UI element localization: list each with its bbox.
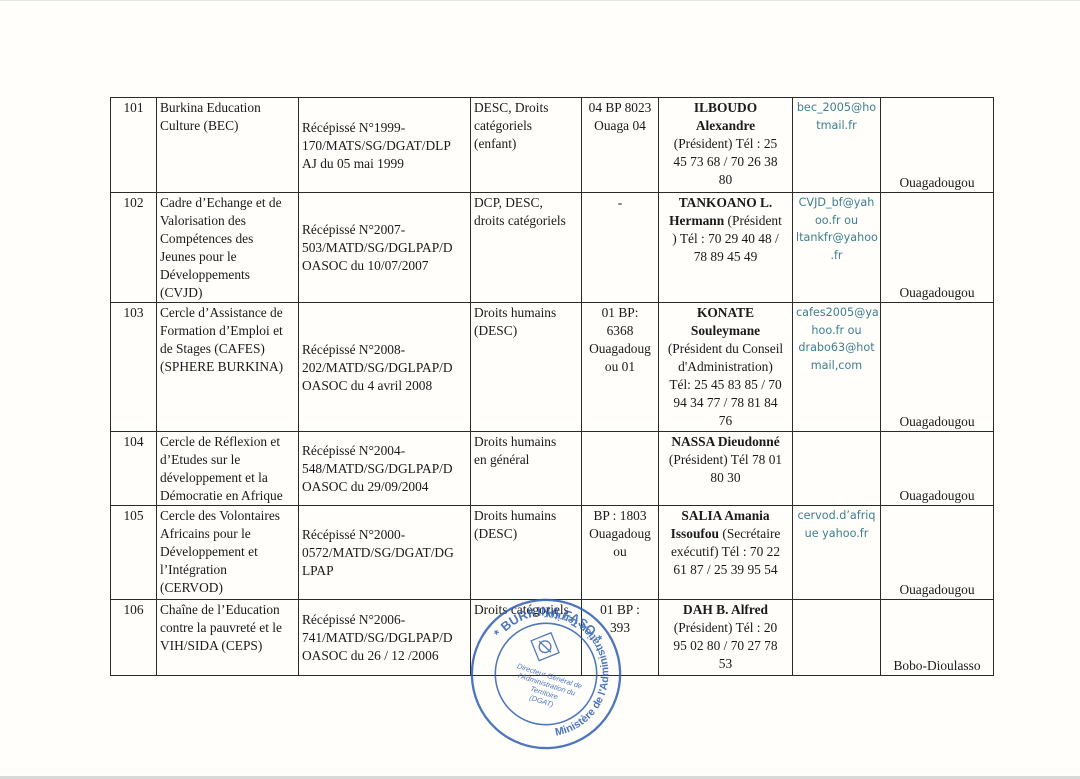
- contact-person: DAH B. Alfred: [683, 602, 768, 617]
- contact-cell: NASSA Dieudonné (Président) Tél 78 01 80…: [659, 432, 793, 506]
- contact-person: KONATE Souleymane: [691, 305, 760, 338]
- email-address: [793, 600, 881, 676]
- contact-cell: DAH B. Alfred (Président) Tél : 20 95 02…: [659, 600, 793, 676]
- official-stamp: Ministère de l'Administration Territoria…: [465, 593, 626, 754]
- association-registry-table: 101Burkina Education Culture (BEC)Récépi…: [110, 97, 994, 676]
- email-address[interactable]: bec_2005@ho tmail.fr: [793, 98, 881, 193]
- city: Bobo-Dioulasso: [881, 600, 994, 676]
- association-name: Cercle d’Assistance de Formation d’Emplo…: [157, 303, 299, 432]
- table-row: 103Cercle d’Assistance de Formation d’Em…: [111, 303, 994, 432]
- city: Ouagadougou: [881, 303, 994, 432]
- email-address: [793, 432, 881, 506]
- city: Ouagadougou: [881, 193, 994, 303]
- row-number: 103: [111, 303, 157, 432]
- row-number: 104: [111, 432, 157, 506]
- postal-address: [582, 432, 659, 506]
- intervention-domain: Droits humains en général: [471, 432, 582, 506]
- postal-address: BP : 1803 Ouagadoug ou: [582, 506, 659, 600]
- row-number: 101: [111, 98, 157, 193]
- email-address[interactable]: cervod.d’afriq ue yahoo.fr: [793, 506, 881, 600]
- contact-cell: SALIA Amania Issoufou (Secrétaire exécut…: [659, 506, 793, 600]
- contact-details: (Président) Tél 78 01 80 30: [669, 452, 782, 485]
- association-name: Cadre d’Echange et de Valorisation des C…: [157, 193, 299, 303]
- receipt-reference: Récépissé N°1999- 170/MATS/SG/DGAT/DLP A…: [299, 98, 471, 193]
- receipt-reference: Récépissé N°2000- 0572/MATD/SG/DGAT/DG L…: [299, 506, 471, 600]
- contact-person: NASSA Dieudonné: [671, 434, 779, 449]
- contact-cell: KONATE Souleymane (Président du Conseil …: [659, 303, 793, 432]
- intervention-domain: DESC, Droits catégoriels (enfant): [471, 98, 582, 193]
- table-row: 101Burkina Education Culture (BEC)Récépi…: [111, 98, 994, 193]
- city: Ouagadougou: [881, 506, 994, 600]
- city: Ouagadougou: [881, 432, 994, 506]
- receipt-reference: Récépissé N°2008- 202/MATD/SG/DGLPAP/D O…: [299, 303, 471, 432]
- coat-of-arms-icon: [531, 632, 559, 660]
- association-name: Cercle de Réflexion et d’Etudes sur le d…: [157, 432, 299, 506]
- contact-cell: TANKOANO L. Hermann (Président ) Tél : 7…: [659, 193, 793, 303]
- intervention-domain: Droits humains (DESC): [471, 303, 582, 432]
- table-row: 102Cadre d’Echange et de Valorisation de…: [111, 193, 994, 303]
- row-number: 102: [111, 193, 157, 303]
- row-number: 106: [111, 600, 157, 676]
- receipt-reference: Récépissé N°2007- 503/MATD/SG/DGLPAP/D O…: [299, 193, 471, 303]
- contact-details: (Président du Conseil d'Administration) …: [668, 341, 783, 428]
- contact-details: (Président) Tél : 20 95 02 80 / 70 27 78…: [673, 620, 777, 671]
- contact-cell: ILBOUDO Alexandre (Président) Tél : 25 4…: [659, 98, 793, 193]
- association-name: Cercle des Volontaires Africains pour le…: [157, 506, 299, 600]
- postal-address: 01 BP: 6368 Ouagadoug ou 01: [582, 303, 659, 432]
- city: Ouagadougou: [881, 98, 994, 193]
- postal-address: -: [582, 193, 659, 303]
- table-row: 105Cercle des Volontaires Africains pour…: [111, 506, 994, 600]
- contact-person: ILBOUDO Alexandre: [694, 100, 757, 133]
- page-top-edge: [0, 0, 1080, 1]
- email-address[interactable]: CVJD_bf@yah oo.fr ou ltankfr@yahoo .fr: [793, 193, 881, 303]
- email-address[interactable]: cafes2005@ya hoo.fr ou drabo63@hot mail,…: [793, 303, 881, 432]
- receipt-reference: Récépissé N°2004- 548/MATD/SG/DGLPAP/D O…: [299, 432, 471, 506]
- intervention-domain: Droits humains (DESC): [471, 506, 582, 600]
- row-number: 105: [111, 506, 157, 600]
- intervention-domain: DCP, DESC, droits catégoriels: [471, 193, 582, 303]
- contact-details: (Président) Tél : 25 45 73 68 / 70 26 38…: [673, 136, 777, 187]
- receipt-reference: Récépissé N°2006- 741/MATD/SG/DGLPAP/D O…: [299, 600, 471, 676]
- table-row: 104Cercle de Réflexion et d’Etudes sur l…: [111, 432, 994, 506]
- association-name: Burkina Education Culture (BEC): [157, 98, 299, 193]
- association-name: Chaîne de l’Education contre la pauvreté…: [157, 600, 299, 676]
- postal-address: 04 BP 8023 Ouaga 04: [582, 98, 659, 193]
